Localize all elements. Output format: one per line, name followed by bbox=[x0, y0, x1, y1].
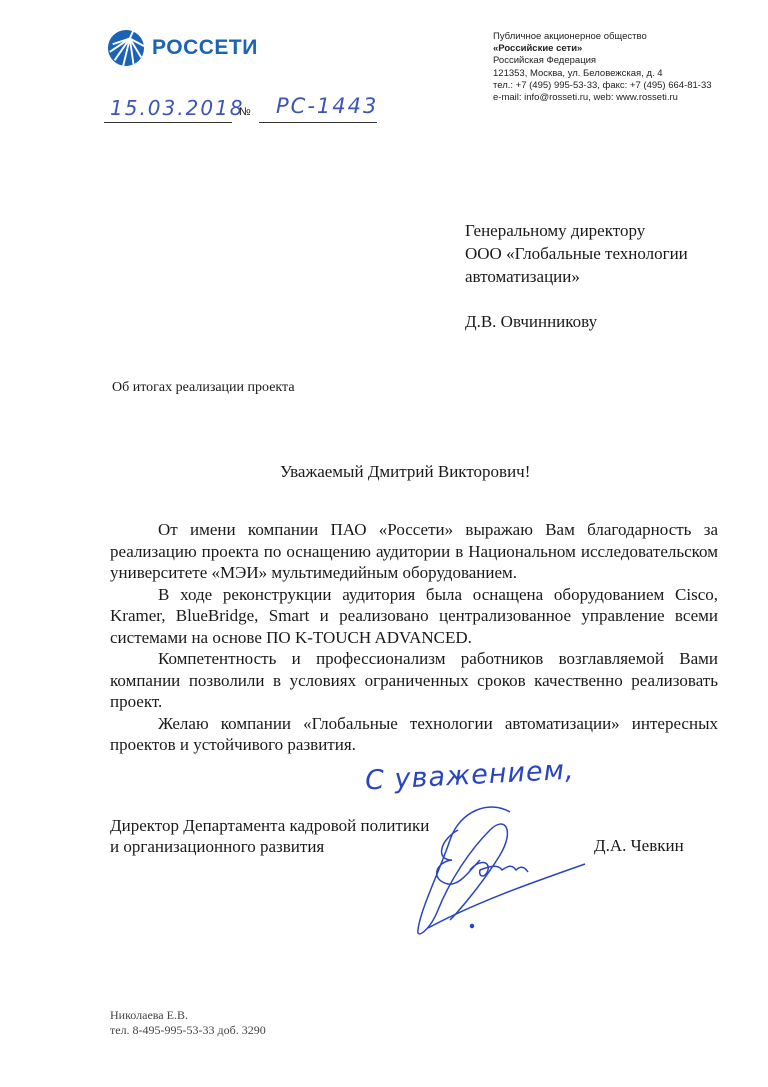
body-paragraph: Компетентность и профессионализм работни… bbox=[110, 648, 718, 713]
logo-text: РОССЕТИ bbox=[152, 36, 258, 60]
number-sign: № bbox=[239, 106, 251, 118]
greeting: Уважаемый Дмитрий Викторович! bbox=[280, 462, 530, 482]
company-line: e-mail: info@rosseti.ru, web: www.rosset… bbox=[493, 92, 712, 104]
executor-name: Николаева Е.В. bbox=[110, 1008, 266, 1023]
letter-subject: Об итогах реализации проекта bbox=[112, 380, 295, 396]
body-paragraph: В ходе реконструкции аудитория была осна… bbox=[110, 584, 718, 649]
rosseti-globe-icon bbox=[107, 29, 145, 67]
company-details: Публичное акционерное общество «Российск… bbox=[493, 31, 712, 104]
registration-number: РС-1443 bbox=[276, 94, 378, 118]
addressee-line: Генеральному директору bbox=[465, 219, 688, 242]
company-line: 121353, Москва, ул. Беловежская, д. 4 bbox=[493, 68, 712, 80]
company-line: «Российские сети» bbox=[493, 43, 712, 55]
executor-info: Николаева Е.В. тел. 8-495-995-53-33 доб.… bbox=[110, 1008, 266, 1038]
company-line: Публичное акционерное общество bbox=[493, 31, 712, 43]
number-underline bbox=[259, 122, 377, 123]
letter-body: От имени компании ПАО «Россети» выражаю … bbox=[110, 519, 718, 756]
handwritten-signature-icon bbox=[340, 800, 600, 940]
handwritten-closing: С уважением, bbox=[364, 755, 575, 797]
registration-line: 15.03.2018 № РС-1443 bbox=[104, 96, 384, 126]
body-paragraph: От имени компании ПАО «Россети» выражаю … bbox=[110, 519, 718, 584]
signatory-name: Д.А. Чевкин bbox=[594, 836, 684, 856]
addressee-line: ООО «Глобальные технологии bbox=[465, 242, 688, 265]
company-line: тел.: +7 (495) 995-53-33, факс: +7 (495)… bbox=[493, 80, 712, 92]
executor-phone: тел. 8-495-995-53-33 доб. 3290 bbox=[110, 1023, 266, 1038]
company-logo: РОССЕТИ bbox=[107, 29, 258, 67]
date-underline bbox=[104, 122, 232, 123]
addressee-line: автоматизации» bbox=[465, 265, 688, 288]
registration-date: 15.03.2018 bbox=[110, 96, 245, 120]
addressee-name: Д.В. Овчинникову bbox=[465, 310, 688, 333]
addressee-block: Генеральному директору ООО «Глобальные т… bbox=[465, 219, 688, 333]
company-line: Российская Федерация bbox=[493, 55, 712, 67]
body-paragraph: Желаю компании «Глобальные технологии ав… bbox=[110, 713, 718, 756]
